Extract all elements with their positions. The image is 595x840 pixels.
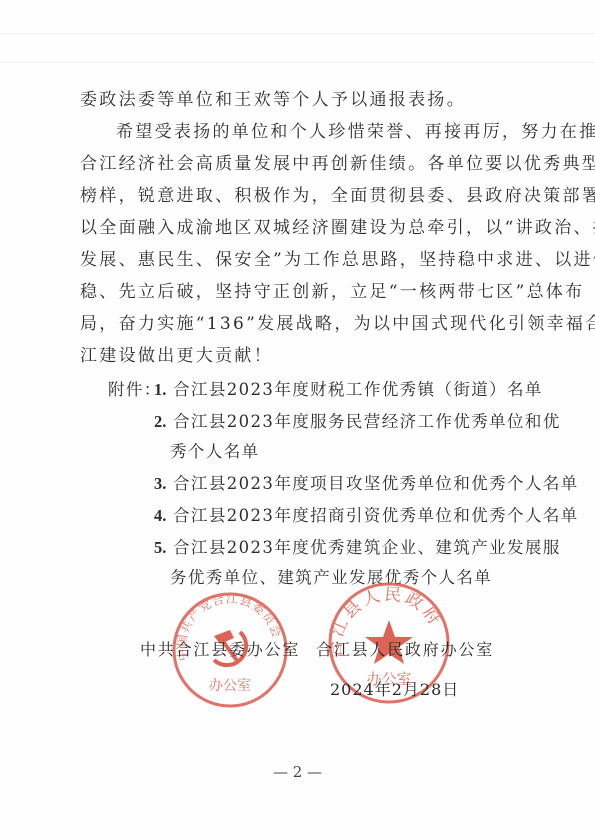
attachment-item-2-cont: 秀个人名单 <box>170 438 260 466</box>
paragraph-line: 榜样，锐意进取、积极作为，全面贯彻县委、县政府决策部署， <box>80 182 530 210</box>
attachment-number: 1. <box>154 380 166 399</box>
page-number: — 2 — <box>0 763 595 781</box>
paragraph-line: 江建设做出更大贡献！ <box>80 342 530 370</box>
svg-text:办公室: 办公室 <box>209 677 251 694</box>
scan-artifact <box>0 33 595 34</box>
attachment-item-5: 5. 合江县2023年度优秀建筑企业、建筑产业发展服 <box>154 534 561 562</box>
attachment-title: 合江县2023年度项目攻坚优秀单位和优秀个人名单 <box>173 474 579 493</box>
issuer-party-office: 中共合江县委办公室 <box>140 637 300 660</box>
attachment-item-3: 3. 合江县2023年度项目攻坚优秀单位和优秀个人名单 <box>154 470 579 498</box>
attachment-title: 合江县2023年度财税工作优秀镇（街道）名单 <box>173 380 543 399</box>
attachment-number: 5. <box>154 538 166 557</box>
document-page: 委政法委等单位和王欢等个人予以通报表扬。 希望受表扬的单位和个人珍惜荣誉、再接再… <box>0 0 595 840</box>
paragraph-line: 合江经济社会高质量发展中再创新佳绩。各单位要以优秀典型为 <box>80 150 530 178</box>
issue-date: 2024年2月28日 <box>330 677 459 700</box>
attachment-number: 4. <box>154 506 166 525</box>
paragraph-line: 希望受表扬的单位和个人珍惜荣誉、再接再厉，努力在推动 <box>116 118 530 146</box>
attachment-item-1: 1. 合江县2023年度财税工作优秀镇（街道）名单 <box>154 376 543 404</box>
paragraph-line: 以全面融入成渝地区双城经济圈建设为总牵引，以“讲政治、抓 <box>80 214 530 242</box>
attachment-title: 合江县2023年度优秀建筑企业、建筑产业发展服 <box>173 538 561 557</box>
attachment-item-2: 2. 合江县2023年度服务民营经济工作优秀单位和优 <box>154 408 561 436</box>
attachment-number: 3. <box>154 474 166 493</box>
attachment-title: 合江县2023年度服务民营经济工作优秀单位和优 <box>173 412 561 431</box>
paragraph-line: 局，奋力实施“136”发展战略，为以中国式现代化引领幸福合 <box>80 310 530 338</box>
paragraph-line: 稳、先立后破，坚持守正创新，立足“一核两带七区”总体布 <box>80 278 530 306</box>
attachment-title: 合江县2023年度招商引资优秀单位和优秀个人名单 <box>173 506 579 525</box>
scan-artifact <box>0 62 595 63</box>
paragraph-line: 发展、惠民生、保安全”为工作总思路，坚持稳中求进、以进促 <box>80 246 530 274</box>
issuer-government-office: 合江县人民政府办公室 <box>316 637 494 660</box>
attachment-item-4: 4. 合江县2023年度招商引资优秀单位和优秀个人名单 <box>154 502 579 530</box>
attachment-number: 2. <box>154 412 166 431</box>
paragraph-line: 委政法委等单位和王欢等个人予以通报表扬。 <box>80 86 530 114</box>
